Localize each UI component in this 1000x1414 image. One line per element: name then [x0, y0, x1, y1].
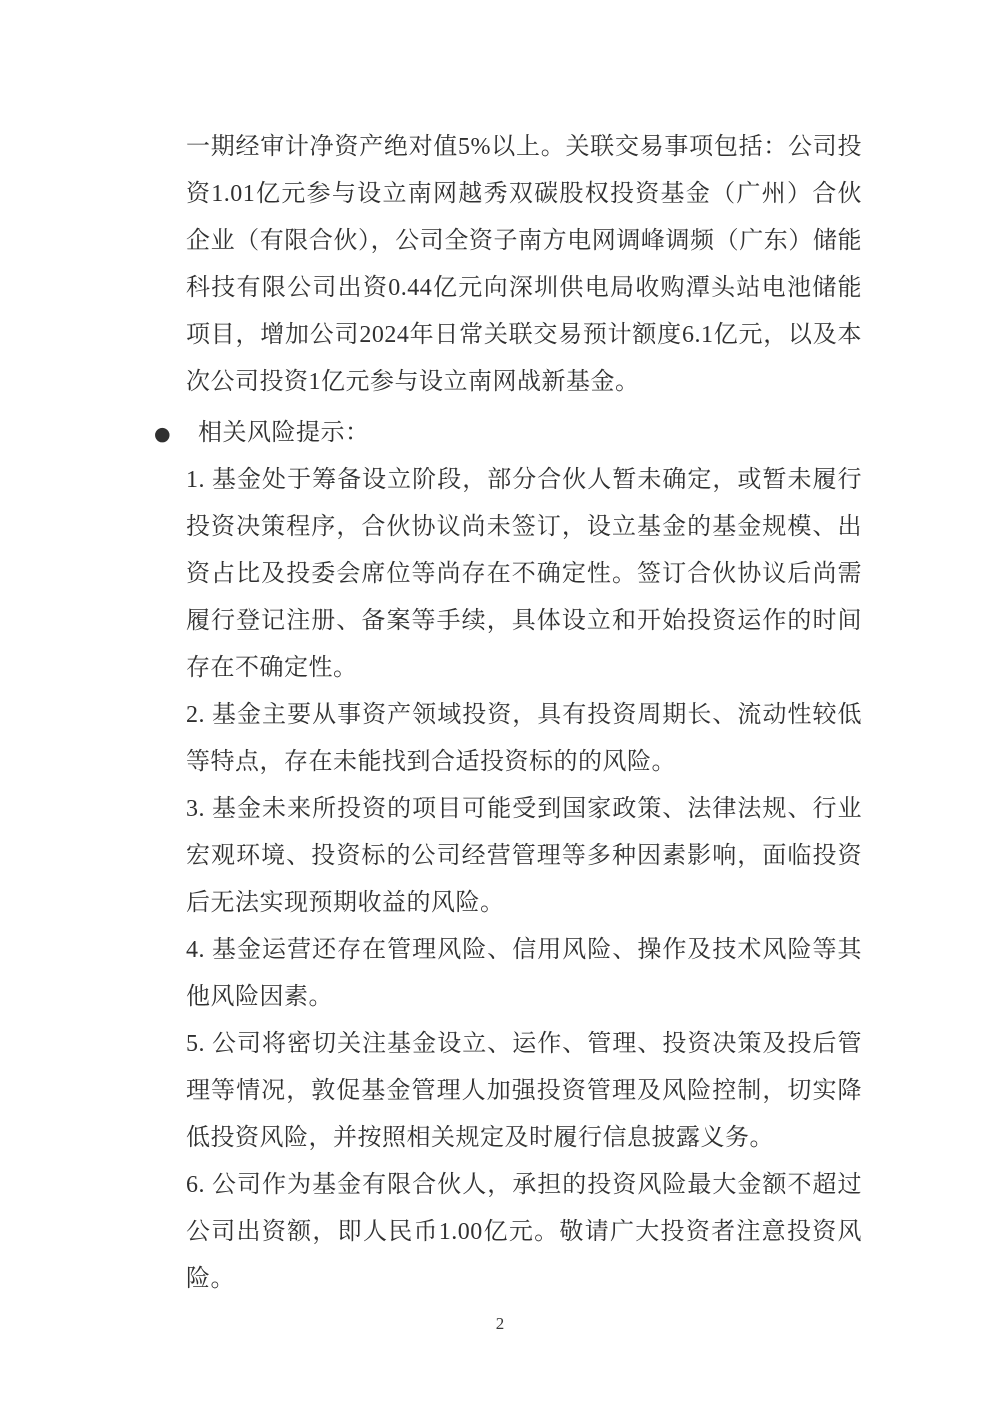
risk-item-1: 1. 基金处于筹备设立阶段，部分合伙人暂未确定，或暂未履行投资决策程序，合伙协议… — [186, 457, 862, 692]
risk-item-5: 5. 公司将密切关注基金设立、运作、管理、投资决策及投后管理等情况，敦促基金管理… — [186, 1021, 862, 1162]
continuation-paragraph: 一期经审计净资产绝对值5%以上。关联交易事项包括：公司投资1.01亿元参与设立南… — [186, 124, 862, 406]
risk-item-6: 6. 公司作为基金有限合伙人，承担的投资风险最大金额不超过公司出资额，即人民币1… — [186, 1162, 862, 1303]
risk-item-3: 3. 基金未来所投资的项目可能受到国家政策、法律法规、行业宏观环境、投资标的公司… — [186, 786, 862, 927]
page-number: 2 — [0, 1312, 1000, 1336]
risk-item-4: 4. 基金运营还存在管理风险、信用风险、操作及技术风险等其他风险因素。 — [186, 927, 862, 1021]
risk-item-2: 2. 基金主要从事资产领域投资，具有投资周期长、流动性较低等特点，存在未能找到合… — [186, 692, 862, 786]
risk-notice-bullet-item: ● 相关风险提示： — [186, 410, 862, 457]
bullet-marker-icon: ● — [154, 411, 171, 458]
risk-notice-title: 相关风险提示： — [198, 420, 370, 446]
document-body: 一期经审计净资产绝对值5%以上。关联交易事项包括：公司投资1.01亿元参与设立南… — [186, 124, 862, 1303]
document-page: 一期经审计净资产绝对值5%以上。关联交易事项包括：公司投资1.01亿元参与设立南… — [0, 0, 1000, 1414]
